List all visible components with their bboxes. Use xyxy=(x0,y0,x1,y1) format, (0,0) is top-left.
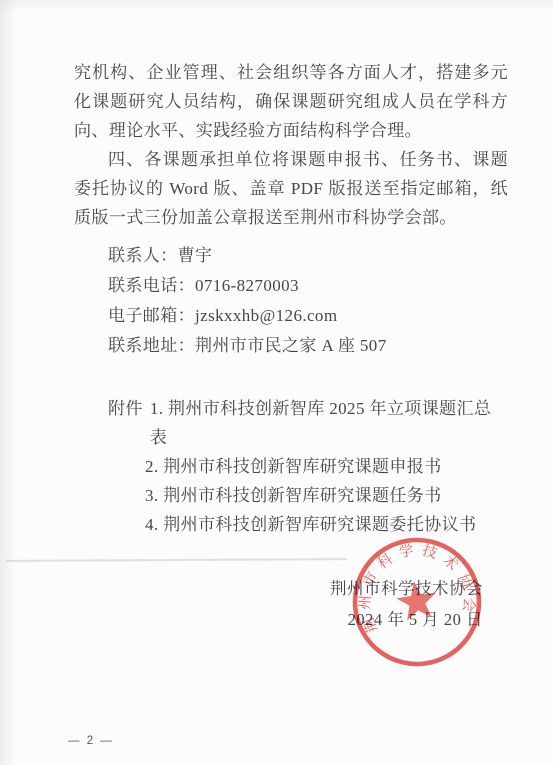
seal-group: 荆州市科学技术协会 xyxy=(347,532,487,672)
paragraph-item-four: 四、各课题承担单位将课题申报书、任务书、课题委托协议的 Word 版、盖章 PD… xyxy=(74,145,508,232)
scan-edge-shadow-left xyxy=(0,0,16,765)
contact-person: 联系人：曹宇 xyxy=(74,241,508,271)
attachment-item-1: 1. 荆州市科技创新智库 2025 年立项课题汇总表 xyxy=(150,394,508,452)
attachment-item-2: 2. 荆州市科技创新智库研究课题申报书 xyxy=(74,452,508,481)
attachment-row-1: 附件 1. 荆州市科技创新智库 2025 年立项课题汇总表 xyxy=(74,394,508,452)
attachment-item-3: 3. 荆州市科技创新智库研究课题任务书 xyxy=(74,481,508,510)
scanned-document-page: 究机构、企业管理、社会组织等各方面人才，搭建多元化课题研究人员结构，确保课题研究… xyxy=(0,0,553,765)
page-number: — 2 — xyxy=(68,735,114,747)
contact-address: 联系地址：荆州市市民之家 A 座 507 xyxy=(74,331,508,361)
contact-phone: 联系电话：0716-8270003 xyxy=(74,271,508,301)
contact-block: 联系人：曹宇 联系电话：0716-8270003 电子邮箱：jzskxxhb@1… xyxy=(74,241,508,361)
document-body: 究机构、企业管理、社会组织等各方面人才，搭建多元化课题研究人员结构，确保课题研究… xyxy=(74,58,508,539)
official-seal-stamp: 荆州市科学技术协会 xyxy=(347,532,487,672)
attachment-label: 附件 xyxy=(74,394,143,452)
paragraph-continued: 究机构、企业管理、社会组织等各方面人才，搭建多元化课题研究人员结构，确保课题研究… xyxy=(74,58,508,145)
scan-artifact-line xyxy=(6,558,347,562)
contact-email: 电子邮箱：jzskxxhb@126.com xyxy=(74,301,508,331)
scan-edge-shadow-top xyxy=(0,0,553,12)
seal-star-icon xyxy=(394,578,439,621)
attachment-list: 附件 1. 荆州市科技创新智库 2025 年立项课题汇总表 2. 荆州市科技创新… xyxy=(74,394,508,539)
